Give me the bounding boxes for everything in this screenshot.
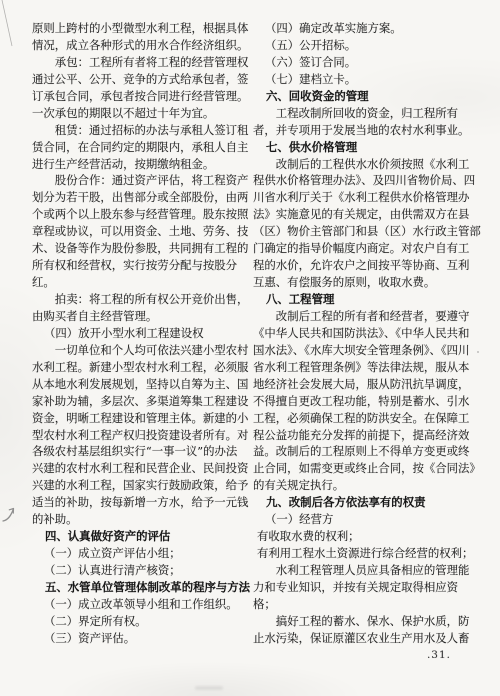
text-line: 资金，明晰工程建设和管理主体。新建的小: [32, 410, 247, 427]
text-line: （一）经营方: [253, 511, 471, 528]
text-line: 租赁：通过招标的办法与承租人签订租: [32, 122, 247, 139]
text-line: （六）签订合同。: [253, 54, 471, 71]
text-line: 川省水利厅关于《水利工程供水价格管理办: [253, 189, 471, 206]
page-number: .31.: [253, 649, 471, 661]
text-line: 型农村水利工程产权归投资建设者所有。对: [32, 427, 247, 444]
text-line: （三）资产评估。: [32, 630, 247, 647]
document-page: 原则上跨村的小型微型水利工程，根据具体情况，成立各种形式的用水合作经济组织。承包…: [0, 0, 500, 696]
text-line: 《中华人民共和国防洪法》、《中华人民共和: [253, 325, 471, 342]
text-line: 止水污染，保证原灌区农业生产用水及人畜: [253, 630, 471, 647]
text-line: 门确定的指导价幅度内商定。对农户自有工: [253, 240, 471, 257]
text-line: 七、供水价格管理: [253, 139, 471, 156]
text-line: 九、改制后各方依法享有的权责: [253, 494, 471, 511]
text-line: 赁合同，在合同约定的期限内，承租人自主: [32, 139, 247, 156]
text-line: 通过公平、公开、竞争的方式给承包者，签: [32, 71, 247, 88]
text-line: 订承包合同，承包者按合同进行经营管理。: [32, 88, 247, 105]
text-line: 格；: [253, 596, 471, 613]
text-line: 止合同，如需变更或终止合同，按《合同法》: [253, 460, 471, 477]
text-line: （五）公开招标。: [253, 37, 471, 54]
text-line: 者，并专项用于发展当地的农村水利事业。: [253, 122, 471, 139]
pencil-arrow-icon: [1, 503, 23, 523]
text-line: （二）认真进行清产核资；: [32, 562, 247, 579]
text-line: 地经济社会发展大局，服从防汛抗旱调度，: [253, 376, 471, 393]
text-line: 五、水管单位管理体制改革的程序与方法: [32, 579, 247, 596]
scan-speck: [477, 351, 479, 353]
text-line: 原则上跨村的小型微型水利工程，根据具体: [32, 20, 247, 37]
text-line: 程供水价格管理办法》、及四川省物价局、四: [253, 172, 471, 189]
text-line: 拍卖：将工程的所有权公开竞价出售，: [32, 291, 247, 308]
text-line: （一）成立改革领导小组和工作组织。: [32, 596, 247, 613]
text-line: 情况，成立各种形式的用水合作经济组织。: [32, 37, 247, 54]
text-line: 章程或协议，可以用资金、土地、劳务、技: [32, 223, 247, 240]
text-line: 一次承包的期限以不超过十年为宜。: [32, 105, 247, 122]
text-line: 改制后工程的所有者和经营者，要遵守: [253, 308, 471, 325]
text-line: 四、认真做好资产的评估: [32, 528, 247, 545]
text-line: 水利工程管理人员应具备相应的管理能: [253, 562, 471, 579]
text-line: 的有关规定执行。: [253, 477, 471, 494]
text-line: 进行生产经营活动，按期缴纳租金。: [32, 156, 247, 173]
text-line: 术、设备等作为股份参股，共同拥有工程的: [32, 240, 247, 257]
text-line: 由购买者自主经营管理。: [32, 308, 247, 325]
text-line: 工程，必须确保工程的防洪安全。在保障工: [253, 410, 471, 427]
text-line: 划分为若干股，出售部分或全部股份，由两: [32, 189, 247, 206]
text-line: 个或两个以上股东参与经营管理。股东按照: [32, 206, 247, 223]
text-line: 股份合作：通过资产评估，将工程资产: [32, 172, 247, 189]
text-line: （二）界定所有权。: [32, 613, 247, 630]
text-line: （一）成立资产评估小组；: [32, 545, 247, 562]
text-line: 有利用工程水土资源进行综合经营的权利；: [253, 545, 471, 562]
text-line: 搞好工程的蓄水、保水、保护水质，防: [253, 613, 471, 630]
text-line: 益。改制后的工程原则上不得单方变更或终: [253, 443, 471, 460]
text-line: 红。: [32, 274, 247, 291]
text-line: 的补助。: [32, 511, 247, 528]
text-line: 承包：工程所有者将工程的经营管理权: [32, 54, 247, 71]
text-line: 兴建的水利工程，国家实行鼓励政策，给予: [32, 477, 247, 494]
text-line: 六、回收资金的管理: [253, 88, 471, 105]
text-line: 力和专业知识，并按有关规定取得相应资: [253, 579, 471, 596]
text-line: 水利工程。新建小型农村水利工程，必须服: [32, 359, 247, 376]
text-line: 适当的补助，按每新增一方水，给予一元钱: [32, 494, 247, 511]
text-line: （七）建档立卡。: [253, 71, 471, 88]
scan-scratch-icon: [0, 0, 18, 50]
text-line: 程的水价，允许农户之间按平等协商、互利: [253, 257, 471, 274]
text-line: 八、工程管理: [253, 291, 471, 308]
text-line: 各级农村基层组织实行“一事一议”的办法: [32, 443, 247, 460]
text-line: 法》实施意见的有关规定，由供需双方在县: [253, 206, 471, 223]
text-line: 省水利工程管理条例》等法律法规，服从本: [253, 359, 471, 376]
text-line: 从本地水利发展规划，坚持以自筹为主、国: [32, 376, 247, 393]
text-line: （四）放开小型水利工程建设权: [32, 325, 247, 342]
text-line: 不得擅自更改工程功能，特别是蓄水、引水: [253, 393, 471, 410]
column-left: 原则上跨村的小型微型水利工程，根据具体情况，成立各种形式的用水合作经济组织。承包…: [32, 20, 247, 647]
text-line: （四）确定改革实施方案。: [253, 20, 471, 37]
text-line: 互惠、有偿服务的原则，收取水费。: [253, 274, 471, 291]
text-line: 所有权和经营权，实行按劳分配与按股分: [32, 257, 247, 274]
text-line: 工程改制所回收的资金，归工程所有: [253, 105, 471, 122]
text-line: 一切单位和个人均可依法兴建小型农村: [32, 342, 247, 359]
text-line: 改制后的工程供水水价须按照《水利工: [253, 156, 471, 173]
scan-speck: [447, 109, 450, 111]
text-line: 程公益功能充分发挥的前提下，提高经济效: [253, 427, 471, 444]
text-line: 国水法》、《水库大坝安全管理条例》、《四川: [253, 342, 471, 359]
scan-smudge: [195, 686, 223, 690]
text-line: （区）物价主管部门和县（区）水行政主管部: [253, 223, 471, 240]
text-line: 有收取水费的权利；: [253, 528, 471, 545]
text-line: 家补助为辅，多层次、多渠道筹集工程建设: [32, 393, 247, 410]
column-right: （四）确定改革实施方案。（五）公开招标。（六）签订合同。（七）建档立卡。六、回收…: [253, 20, 471, 647]
text-line: 兴建的农村水利工程和民营企业、民间投资: [32, 460, 247, 477]
